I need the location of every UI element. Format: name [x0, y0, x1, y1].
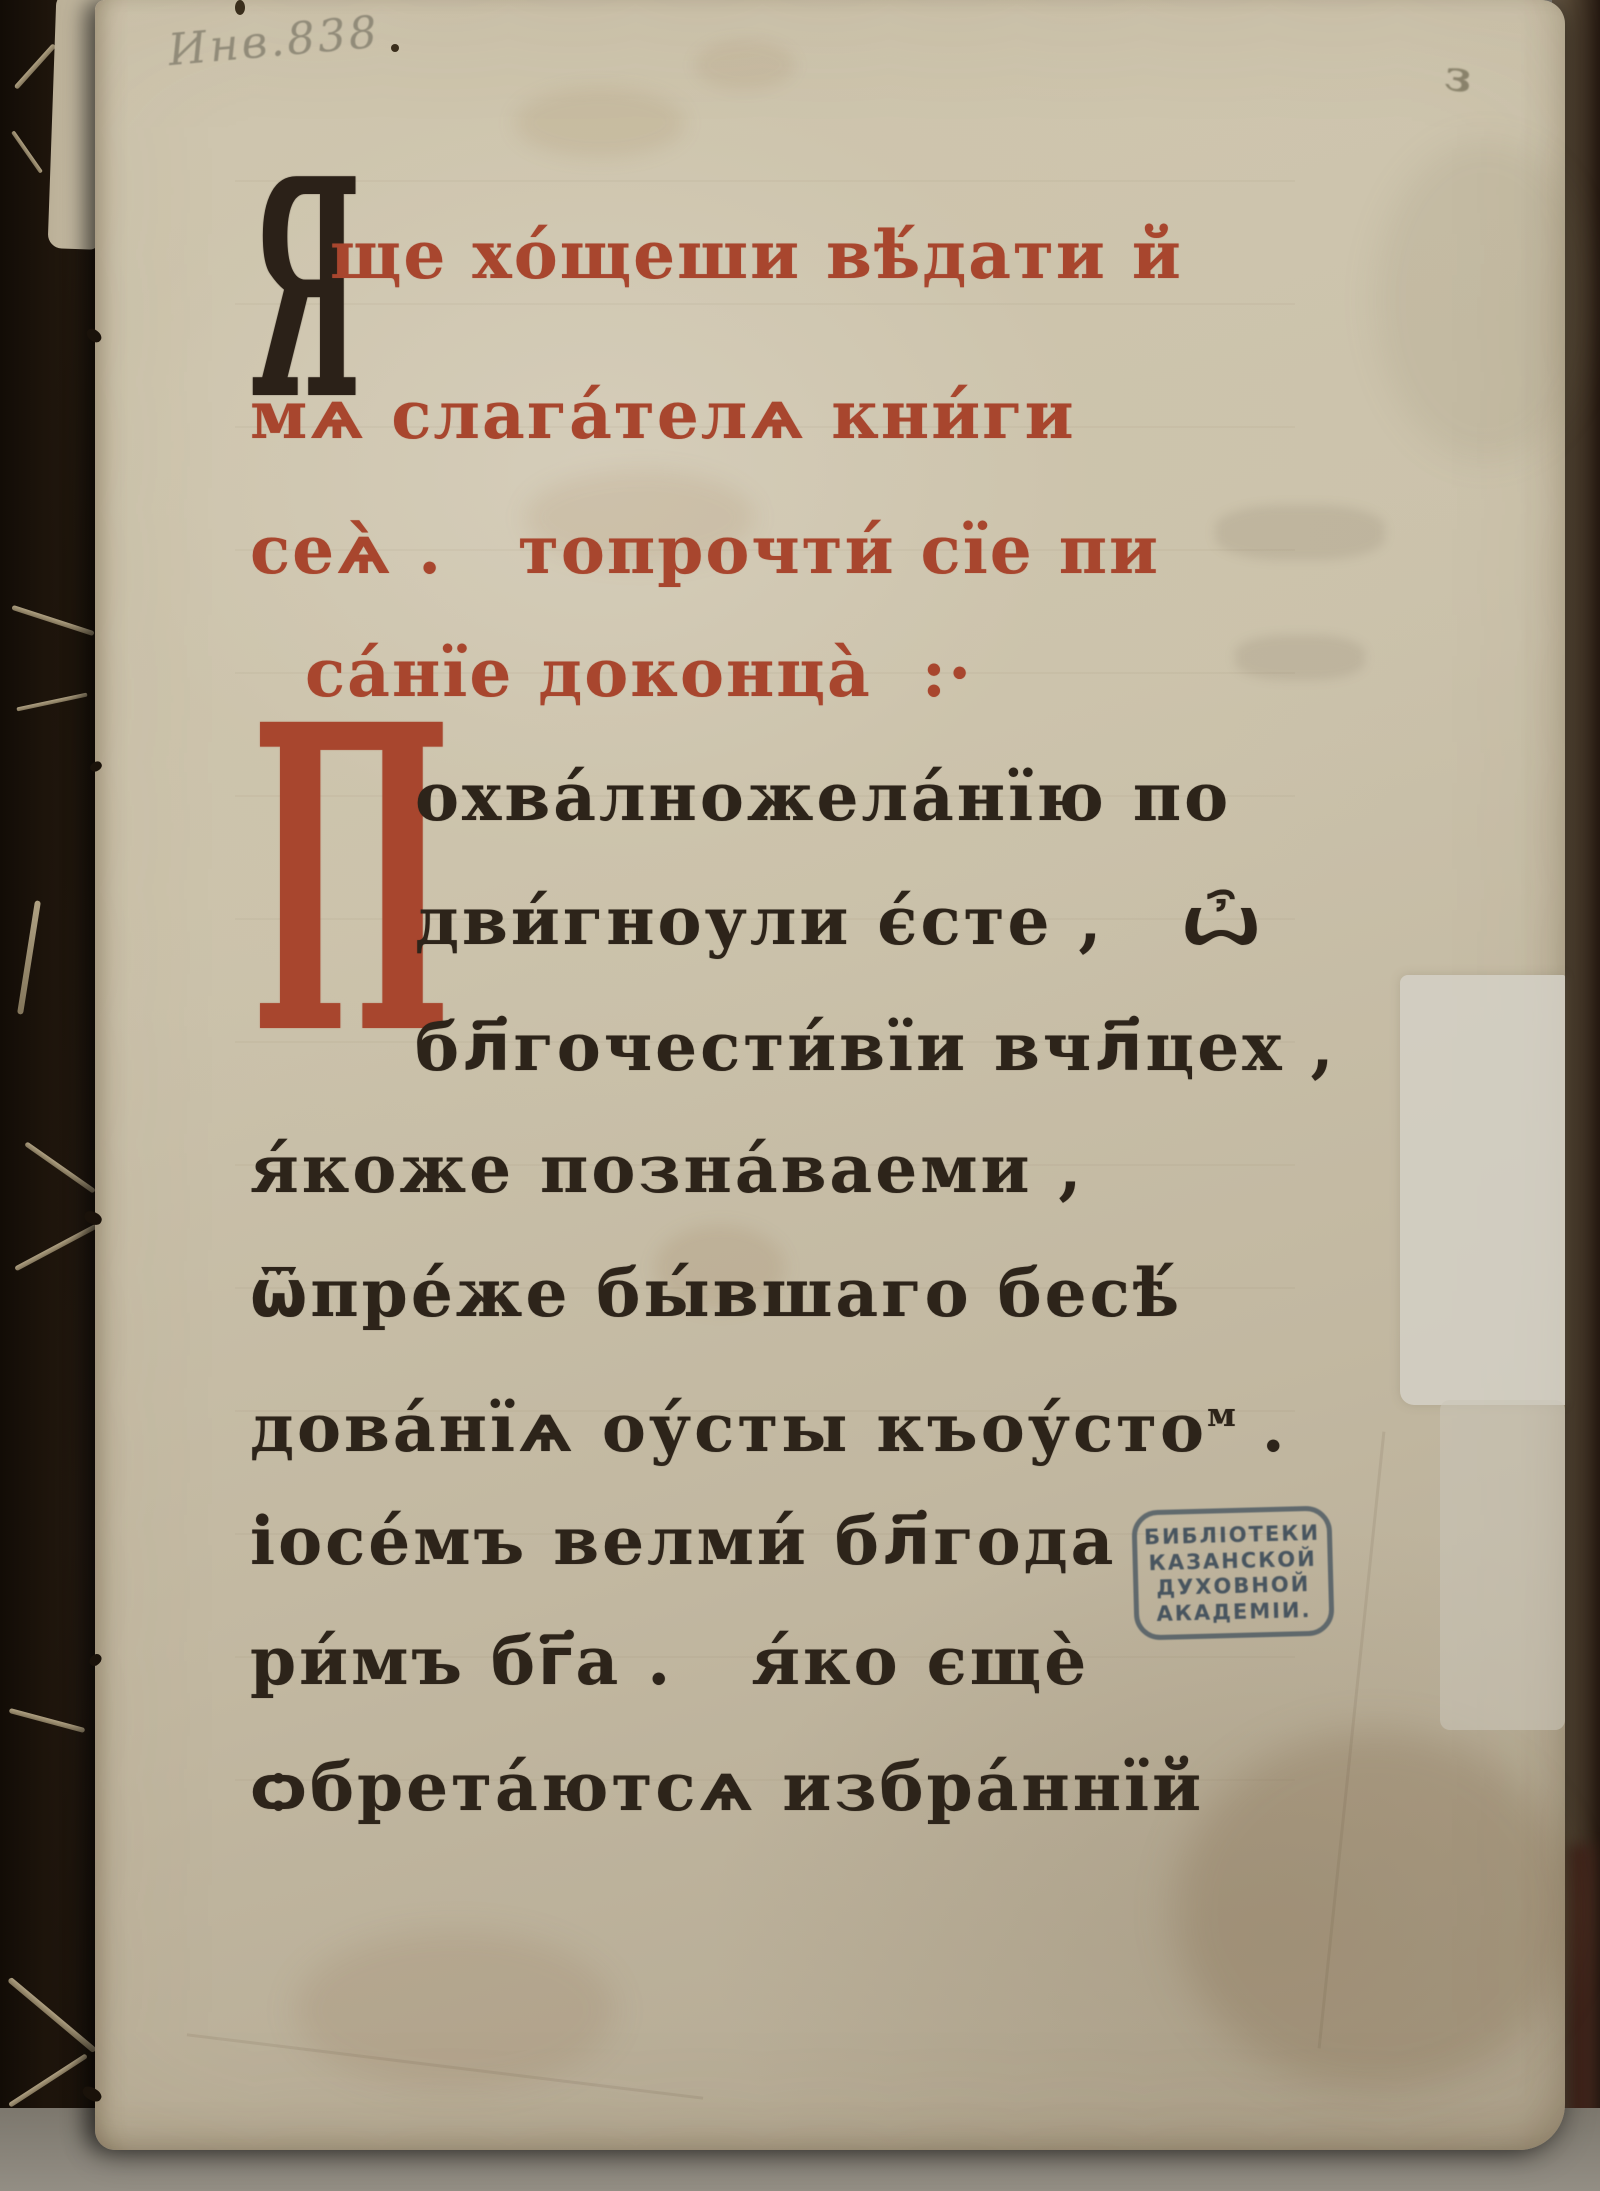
manuscript-line: ѿпре́же бы́вшаго бесѣ́ [250, 1238, 1182, 1356]
manuscript-line: бл҃гочести́вїи вчл҃цех , [415, 992, 1337, 1110]
manuscript-line: сеѧ̀ . топрочти́ сїе пи [250, 495, 1160, 613]
manuscript-line: дви́гноули є́сте , ѽ [415, 866, 1263, 984]
ink-speck [235, 0, 245, 15]
folio-number: з [1442, 50, 1475, 102]
manuscript-line: дова́нїѧ оу́сты къоу́стом . [250, 1360, 1288, 1478]
manuscript-line: іосе́мъ велми́ бл҃года [250, 1486, 1116, 1604]
repair-patch [1400, 975, 1565, 1405]
inventory-annotation: Инв.838 [166, 7, 382, 76]
manuscript-line: ѻбрета́ютсѧ избра́ннїй [250, 1732, 1204, 1850]
manuscript-line: ри́мъ бг҃а . я́ко єщѐ [250, 1606, 1089, 1724]
stain [695, 40, 795, 90]
manuscript-line: мѧ слага́телѧ кни́ги [250, 360, 1076, 478]
library-stamp: БИБЛІОТЕКИ КАЗАНСКОЙ ДУХОВНОЙ АКАДЕМІИ. [1131, 1505, 1334, 1641]
manuscript-line: я́коже позна́ваеми , [250, 1114, 1084, 1232]
manuscript-line: са́нїе доконца̀ :· [305, 618, 973, 736]
repair-patch [1440, 1400, 1565, 1730]
stain [515, 88, 685, 158]
ink-speck [391, 44, 399, 52]
manuscript-line: охва́лножела́нїю по [415, 742, 1231, 860]
manuscript-line: ще хо́щеши вѣ́дати й [330, 200, 1183, 318]
manuscript-page: Инв.838 з Я П ще хо́щеши вѣ́дати й мѧ сл… [95, 0, 1565, 2150]
stamp-line: АКАДЕМІИ. [1143, 1597, 1326, 1627]
stain [1375, 140, 1595, 460]
manuscript-photo: Инв.838 з Я П ще хо́щеши вѣ́дати й мѧ сл… [0, 0, 1600, 2191]
